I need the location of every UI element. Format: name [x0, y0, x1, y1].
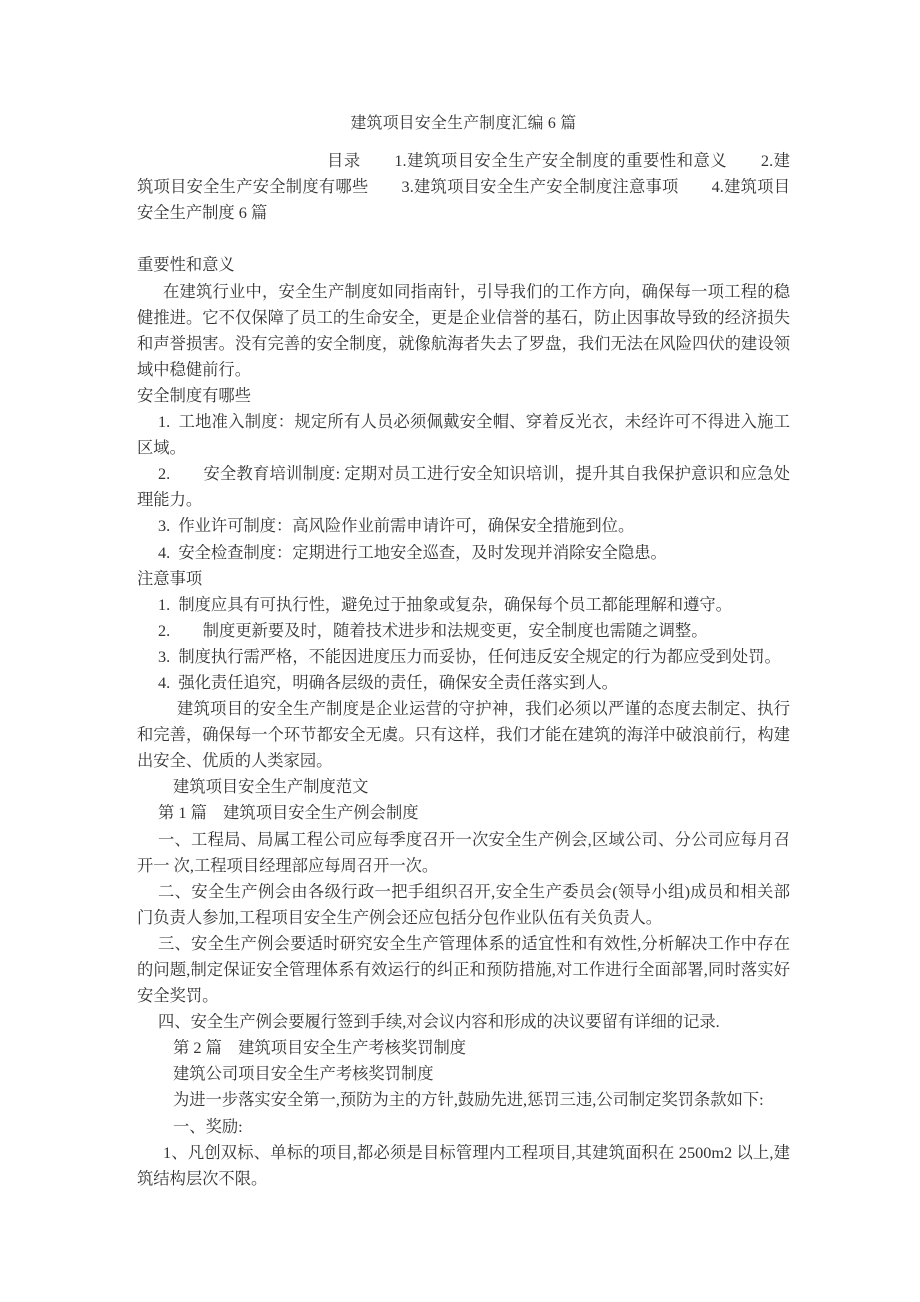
list-item-safety-inspection: 4. 安全检查制度：定期进行工地安全巡查，及时发现并消除安全隐患。: [137, 540, 790, 566]
para-part1-clause1: 一、工程局、局属工程公司应每季度召开一次安全生产例会,区域公司、分公司应每月召开…: [137, 827, 790, 879]
para-reward-item1: 1、凡创双标、单标的项目,都必须是目标管理内工程项目,其建筑面积在 2500m2…: [137, 1140, 790, 1192]
list-item-site-access: 1. 工地准入制度：规定所有人员必须佩戴安全帽、穿着反光衣，未经许可不得进入施工…: [137, 409, 790, 461]
para-part1-clause2: 二、安全生产例会由各级行政一把手组织召开,安全生产委员会(领导小组)成员和相关部…: [137, 879, 790, 931]
para-conclusion: 建筑项目的安全生产制度是企业运营的守护神，我们必须以严谨的态度去制定、执行和完善…: [137, 696, 790, 774]
heading-importance: 重要性和意义: [137, 252, 790, 278]
para-part2-subtitle: 建筑公司项目安全生产考核奖罚制度: [137, 1061, 790, 1087]
para-importance-body: 在建筑行业中，安全生产制度如同指南针，引导我们的工作方向，确保每一项工程的稳健推…: [137, 279, 790, 383]
para-rewards-heading: 一、奖励:: [137, 1114, 790, 1140]
heading-which-systems: 安全制度有哪些: [137, 383, 790, 409]
para-part1-clause4: 四、安全生产例会要履行签到手续,对会议内容和形成的决议要留有详细的记录.: [137, 1009, 790, 1035]
note-item-2: 2. 制度更新要及时，随着技术进步和法规变更，安全制度也需随之调整。: [137, 618, 790, 644]
heading-notes: 注意事项: [137, 566, 790, 592]
blank-line: [137, 226, 790, 252]
document-title: 建筑项目安全生产制度汇编 6 篇: [137, 111, 790, 137]
para-part2-intro: 为进一步落实安全第一,预防为主的方针,鼓励先进,惩罚三违,公司制定奖罚条款如下:: [137, 1087, 790, 1113]
document-page: 建筑项目安全生产制度汇编 6 篇 目录 1.建筑项目安全生产安全制度的重要性和意…: [0, 0, 920, 1302]
note-item-3: 3. 制度执行需严格，不能因进度压力而妥协，任何违反安全规定的行为都应受到处罚。: [137, 644, 790, 670]
para-sample-intro: 建筑项目安全生产制度范文: [137, 774, 790, 800]
note-item-4: 4. 强化责任追究，明确各层级的责任，确保安全责任落实到人。: [137, 670, 790, 696]
list-item-work-permit: 3. 作业许可制度：高风险作业前需申请许可，确保安全措施到位。: [137, 513, 790, 539]
heading-part1: 第 1 篇 建筑项目安全生产例会制度: [137, 800, 790, 826]
para-part1-clause3: 三、安全生产例会要适时研究安全生产管理体系的适宜性和有效性,分析解决工作中存在的…: [137, 931, 790, 1009]
note-item-1: 1. 制度应具有可执行性，避免过于抽象或复杂，确保每个员工都能理解和遵守。: [137, 592, 790, 618]
toc-paragraph: 目录 1.建筑项目安全生产安全制度的重要性和意义 2.建筑项目安全生产安全制度有…: [137, 148, 790, 226]
heading-part2: 第 2 篇 建筑项目安全生产考核奖罚制度: [137, 1035, 790, 1061]
list-item-safety-training: 2. 安全教育培训制度: 定期对员工进行安全知识培训，提升其自我保护意识和应急处…: [137, 461, 790, 513]
